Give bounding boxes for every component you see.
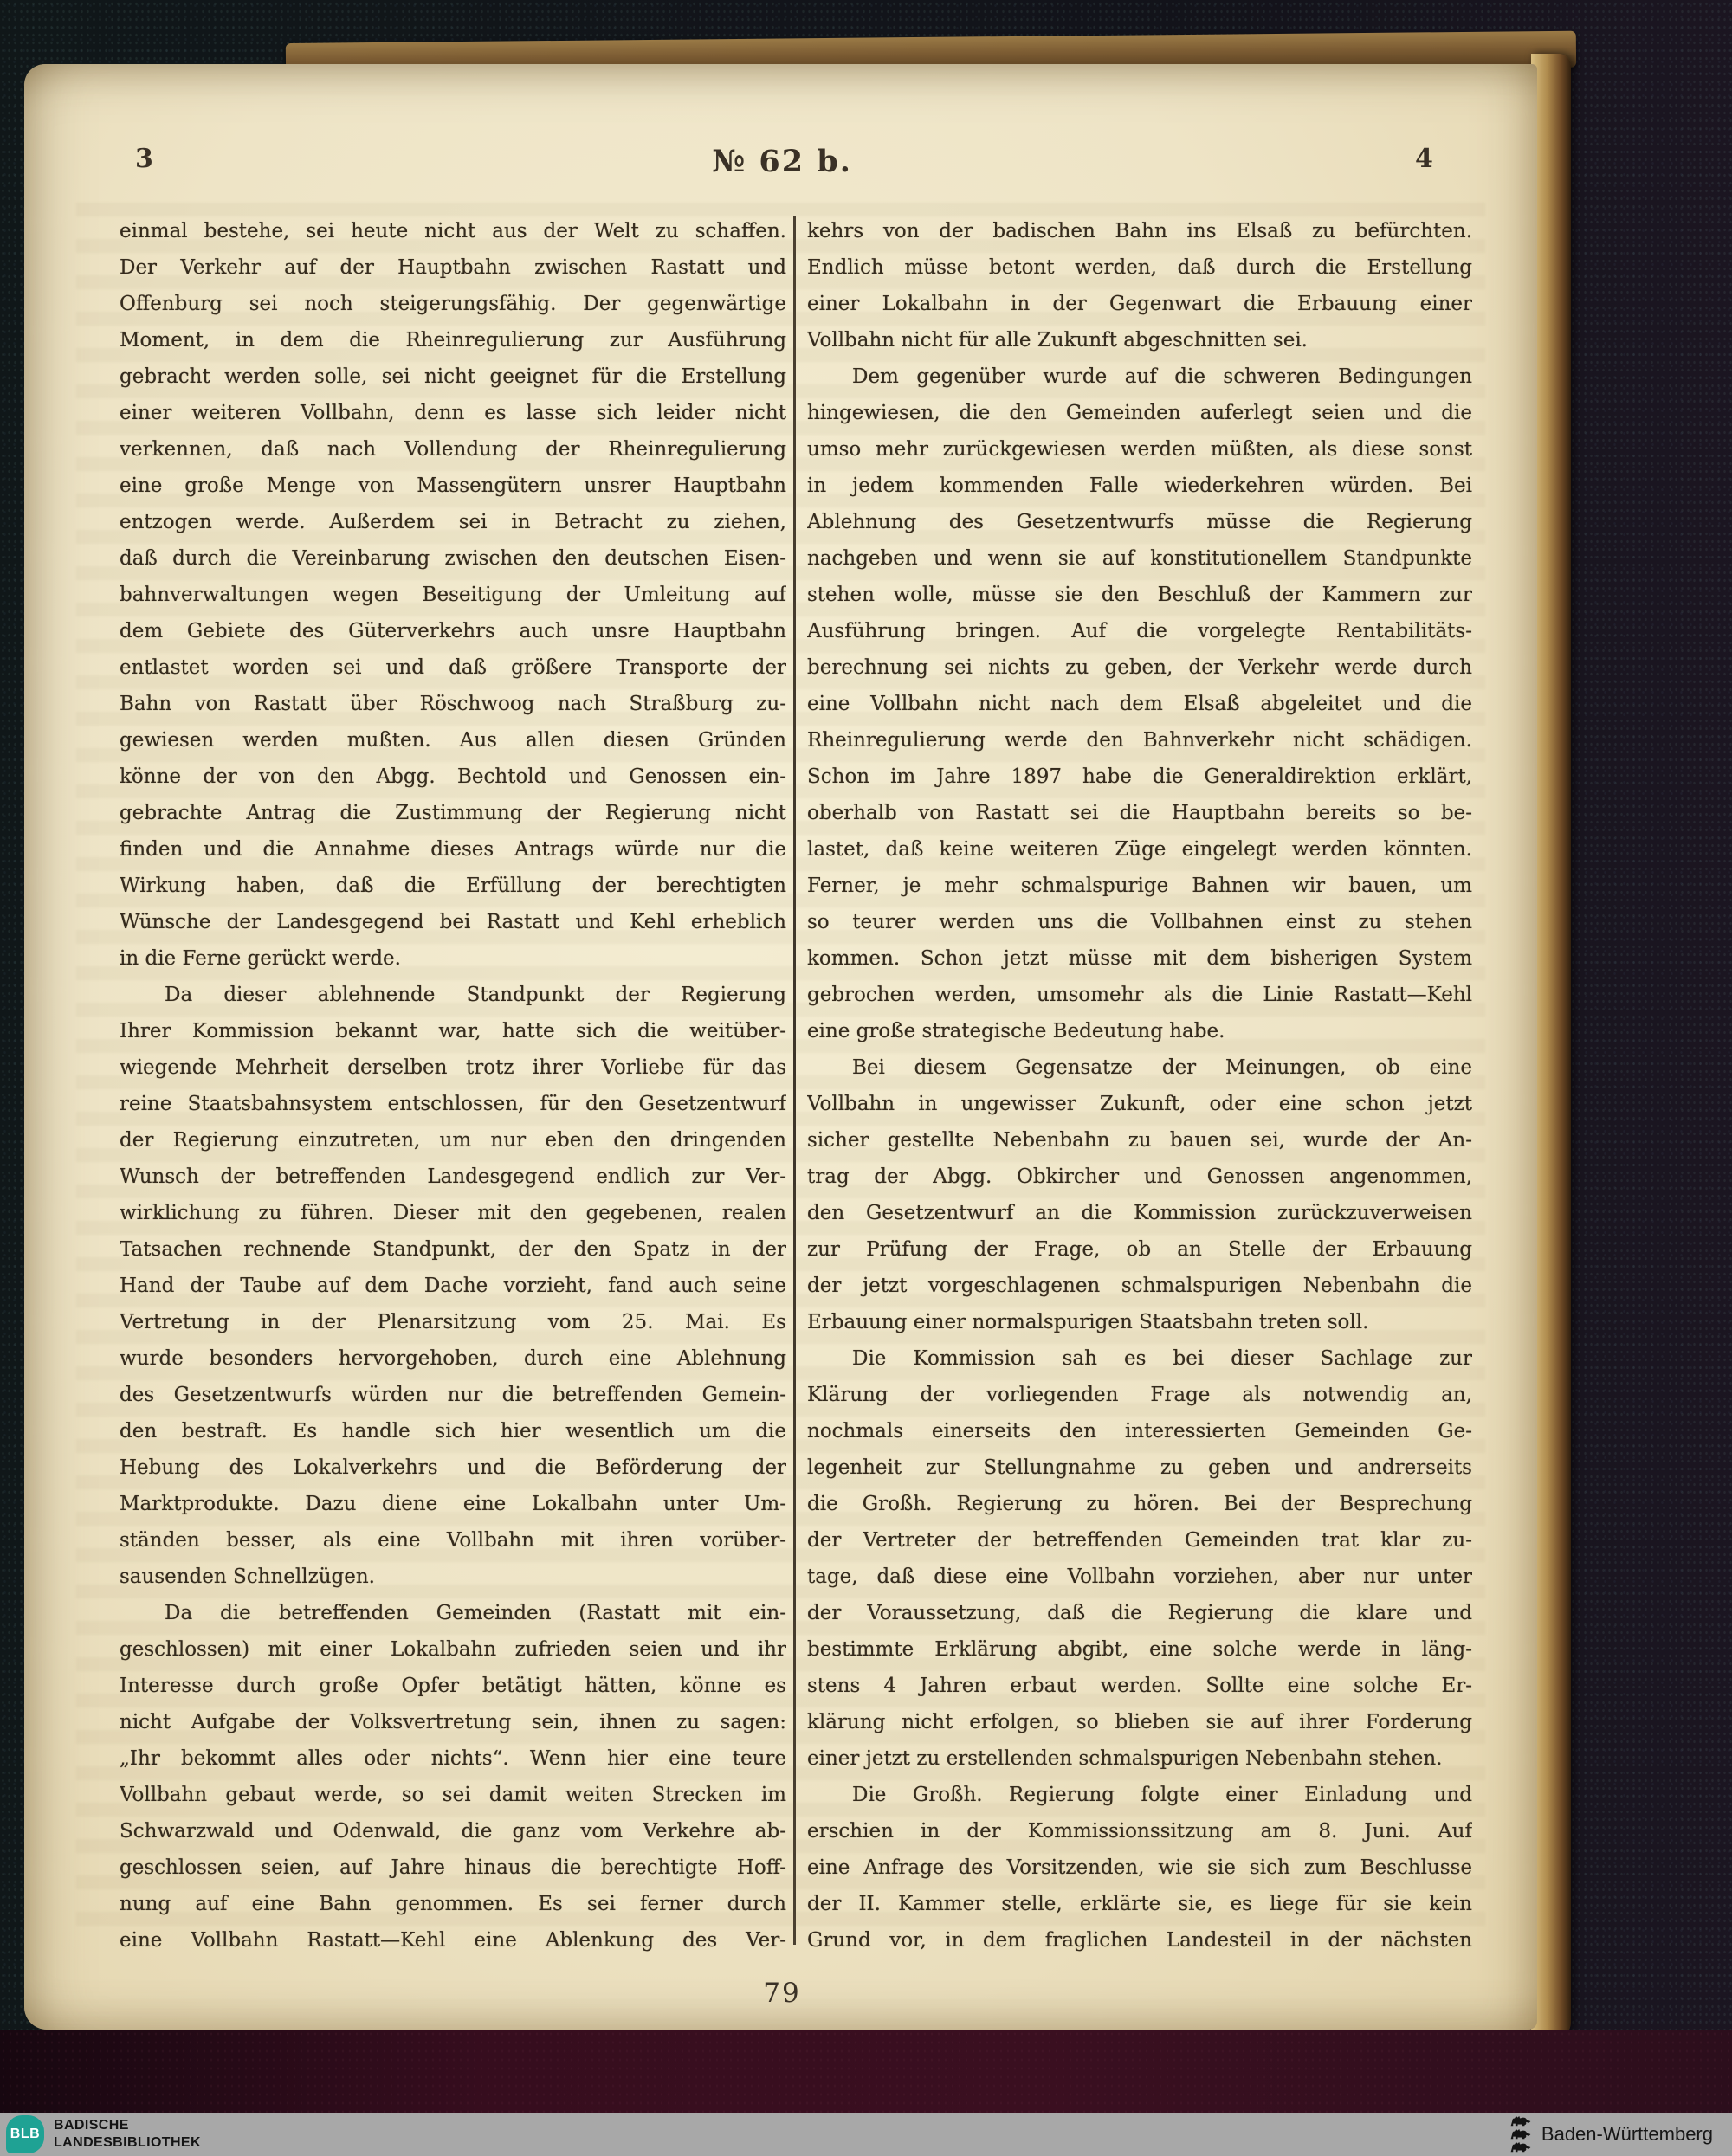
book-cover-bottom-strip bbox=[0, 2030, 1732, 2113]
page-header: 3 № 62 b. 4 bbox=[24, 144, 1537, 184]
text-line: stens 4 Jahren erbaut werden. Sollte ein… bbox=[807, 1668, 1472, 1704]
text-line: gebracht werden solle, sei nicht geeigne… bbox=[120, 358, 786, 395]
text-line: Endlich müsse betont werden, daß durch d… bbox=[807, 249, 1472, 286]
text-line: kommen. Schon jetzt müsse mit dem bisher… bbox=[807, 940, 1472, 977]
text-line: verkennen, daß nach Vollendung der Rhein… bbox=[120, 431, 786, 468]
text-line: eine große strategische Bedeutung habe. bbox=[807, 1013, 1472, 1049]
text-line: sicher gestellte Nebenbahn zu bauen sei,… bbox=[807, 1122, 1472, 1159]
text-line: bestimmte Erklärung abgibt, eine solche … bbox=[807, 1631, 1472, 1668]
text-line: Offenburg sei noch steigerungsfähig. Der… bbox=[120, 286, 786, 322]
text-line: tage, daß diese eine Vollbahn vorziehen,… bbox=[807, 1559, 1472, 1595]
text-line: wurde besonders hervorgehoben, durch ein… bbox=[120, 1340, 786, 1377]
text-line: gebrochen werden, umsomehr als die Linie… bbox=[807, 977, 1472, 1013]
text-line: Bahn von Rastatt über Röschwoog nach Str… bbox=[120, 686, 786, 722]
text-line: legenheit zur Stellungnahme zu geben und… bbox=[807, 1449, 1472, 1486]
text-line: Schon im Jahre 1897 habe die Generaldire… bbox=[807, 758, 1472, 795]
text-line: Schwarzwald und Odenwald, die ganz vom V… bbox=[120, 1813, 786, 1849]
text-line: Klärung der vorliegenden Frage als notwe… bbox=[807, 1377, 1472, 1413]
text-line: die Großh. Regierung zu hören. Bei der B… bbox=[807, 1486, 1472, 1522]
text-line: so teurer werden uns die Vollbahnen eins… bbox=[807, 904, 1472, 940]
text-line: eine große Menge von Massengütern unsrer… bbox=[120, 468, 786, 504]
blb-logo-icon: BLB bbox=[6, 2115, 44, 2153]
text-column-left: einmal bestehe, sei heute nicht aus der … bbox=[120, 213, 786, 1959]
text-line: in die Ferne gerückt werde. bbox=[120, 940, 786, 977]
issue-number: № 62 b. bbox=[24, 144, 1540, 179]
text-line: Hand der Taube auf dem Dache vorzieht, f… bbox=[120, 1268, 786, 1304]
text-line: Moment, in dem die Rheinregulierung zur … bbox=[120, 322, 786, 358]
text-line: Die Großh. Regierung folgte einer Einlad… bbox=[807, 1777, 1472, 1813]
baden-wuerttemberg-coat-of-arms-icon bbox=[1509, 2115, 1533, 2153]
column-divider-rule bbox=[793, 216, 796, 1945]
text-line: entzogen werde. Außerdem sei in Betracht… bbox=[120, 504, 786, 540]
text-line: Da die betreffenden Gemeinden (Rastatt m… bbox=[120, 1595, 786, 1631]
column-page-number-right: 4 bbox=[1415, 144, 1433, 174]
text-line: gewiesen werden mußten. Aus allen diesen… bbox=[120, 722, 786, 758]
text-line: oberhalb von Rastatt sei die Hauptbahn b… bbox=[807, 795, 1472, 831]
text-line: der Voraussetzung, daß die Regierung die… bbox=[807, 1595, 1472, 1631]
text-line: nochmals einerseits den interessierten G… bbox=[807, 1413, 1472, 1449]
library-name: BADISCHE LANDESBIBLIOTHEK bbox=[54, 2117, 201, 2152]
text-line: in jedem kommenden Falle wiederkehren wü… bbox=[807, 468, 1472, 504]
library-footer-bar: BLB BADISCHE LANDESBIBLIOTHEK Baden-Würt… bbox=[0, 2113, 1732, 2156]
text-line: reine Staatsbahnsystem entschlossen, für… bbox=[120, 1086, 786, 1122]
text-line: Grund vor, in dem fraglichen Landesteil … bbox=[807, 1922, 1472, 1959]
text-line: Hebung des Lokalverkehrs und die Beförde… bbox=[120, 1449, 786, 1486]
text-line: daß durch die Vereinbarung zwischen den … bbox=[120, 540, 786, 577]
text-line: Rheinregulierung werde den Bahnverkehr n… bbox=[807, 722, 1472, 758]
text-line: der Vertreter der betreffenden Gemeinden… bbox=[807, 1522, 1472, 1559]
text-line: entlastet worden sei und daß größere Tra… bbox=[120, 649, 786, 686]
text-line: Interesse durch große Opfer betätigt hät… bbox=[120, 1668, 786, 1704]
text-line: wirklichung zu führen. Dieser mit den ge… bbox=[120, 1195, 786, 1231]
text-line: geschlossen seien, auf Jahre hinaus die … bbox=[120, 1849, 786, 1886]
text-line: Vollbahn nicht für alle Zukunft abgeschn… bbox=[807, 322, 1472, 358]
text-line: der II. Kammer stelle, erklärte sie, es … bbox=[807, 1886, 1472, 1922]
text-line: Ausführung bringen. Auf die vorgelegte R… bbox=[807, 613, 1472, 649]
text-line: bahnverwaltungen wegen Beseitigung der U… bbox=[120, 577, 786, 613]
text-column-right: kehrs von der badischen Bahn ins Elsaß z… bbox=[807, 213, 1472, 1959]
text-line: erschien in der Kommissionssitzung am 8.… bbox=[807, 1813, 1472, 1849]
text-line: eine Vollbahn nicht nach dem Elsaß abgel… bbox=[807, 686, 1472, 722]
text-line: Da dieser ablehnende Standpunkt der Regi… bbox=[120, 977, 786, 1013]
text-line: einer weiteren Vollbahn, denn es lasse s… bbox=[120, 395, 786, 431]
text-line: könne der von den Abgg. Bechtold und Gen… bbox=[120, 758, 786, 795]
text-line: dem Gebiete des Güterverkehrs auch unsre… bbox=[120, 613, 786, 649]
text-line: wiegende Mehrheit derselben trotz ihrer … bbox=[120, 1049, 786, 1086]
text-line: einmal bestehe, sei heute nicht aus der … bbox=[120, 213, 786, 249]
blb-logo-text: BLB bbox=[10, 2127, 40, 2142]
text-line: finden und die Annahme dieses Antrags wü… bbox=[120, 831, 786, 868]
text-line: trag der Abgg. Obkircher und Genossen an… bbox=[807, 1159, 1472, 1195]
text-line: berechnung sei nichts zu geben, der Verk… bbox=[807, 649, 1472, 686]
text-line: den bestraft. Es handle sich hier wesent… bbox=[120, 1413, 786, 1449]
text-line: Tatsachen rechnende Standpunkt, der den … bbox=[120, 1231, 786, 1268]
text-line: Ablehnung des Gesetzentwurfs müsse die R… bbox=[807, 504, 1472, 540]
library-name-line2: LANDESBIBLIOTHEK bbox=[54, 2134, 201, 2152]
text-line: Vollbahn in ungewisser Zukunft, oder ein… bbox=[807, 1086, 1472, 1122]
text-line: des Gesetzentwurfs würden nur die betref… bbox=[120, 1377, 786, 1413]
document-page: 3 № 62 b. 4 einmal bestehe, sei heute ni… bbox=[24, 64, 1537, 2030]
text-line: zur Prüfung der Frage, ob an Stelle der … bbox=[807, 1231, 1472, 1268]
text-line: Bei diesem Gegensatze der Meinungen, ob … bbox=[807, 1049, 1472, 1086]
text-line: Wirkung haben, daß die Erfüllung der ber… bbox=[120, 868, 786, 904]
text-line: Vollbahn gebaut werde, so sei damit weit… bbox=[120, 1777, 786, 1813]
text-line: umso mehr zurückgewiesen werden müßten, … bbox=[807, 431, 1472, 468]
state-name: Baden-Württemberg bbox=[1541, 2123, 1713, 2146]
text-line: Ihrer Kommission bekannt war, hatte sich… bbox=[120, 1013, 786, 1049]
text-line: hingewiesen, die den Gemeinden auferlegt… bbox=[807, 395, 1472, 431]
text-line: Ferner, je mehr schmalspurige Bahnen wir… bbox=[807, 868, 1472, 904]
page-number: 79 bbox=[24, 1978, 1540, 2009]
text-line: eine Anfrage des Vorsitzenden, wie sie s… bbox=[807, 1849, 1472, 1886]
text-line: den Gesetzentwurf an die Kommission zurü… bbox=[807, 1195, 1472, 1231]
baden-wuerttemberg-logo: Baden-Württemberg bbox=[1509, 2113, 1713, 2156]
text-line: Vertretung in der Plenarsitzung vom 25. … bbox=[120, 1304, 786, 1340]
text-line: nachgeben und wenn sie auf konstitutione… bbox=[807, 540, 1472, 577]
text-line: Marktprodukte. Dazu diene eine Lokalbahn… bbox=[120, 1486, 786, 1522]
text-line: Erbauung einer normalspurigen Staatsbahn… bbox=[807, 1304, 1472, 1340]
text-line: stehen wolle, müsse sie den Beschluß der… bbox=[807, 577, 1472, 613]
text-line: sausenden Schnellzügen. bbox=[120, 1559, 786, 1595]
text-line: kehrs von der badischen Bahn ins Elsaß z… bbox=[807, 213, 1472, 249]
text-line: Wünsche der Landesgegend bei Rastatt und… bbox=[120, 904, 786, 940]
text-line: geschlossen) mit einer Lokalbahn zufried… bbox=[120, 1631, 786, 1668]
text-line: nicht Aufgabe der Volksvertretung sein, … bbox=[120, 1704, 786, 1740]
text-line: Die Kommission sah es bei dieser Sachlag… bbox=[807, 1340, 1472, 1377]
text-line: nung auf eine Bahn genommen. Es sei fern… bbox=[120, 1886, 786, 1922]
scanned-book-page-photo: 3 № 62 b. 4 einmal bestehe, sei heute ni… bbox=[0, 0, 1732, 2156]
text-line: einer jetzt zu erstellenden schmalspurig… bbox=[807, 1740, 1472, 1777]
text-line: eine Vollbahn Rastatt—Kehl eine Ablenkun… bbox=[120, 1922, 786, 1959]
text-line: Dem gegenüber wurde auf die schweren Bed… bbox=[807, 358, 1472, 395]
text-line: einer Lokalbahn in der Gegenwart die Erb… bbox=[807, 286, 1472, 322]
text-line: der Regierung einzutreten, um nur eben d… bbox=[120, 1122, 786, 1159]
text-line: klärung nicht erfolgen, so blieben sie a… bbox=[807, 1704, 1472, 1740]
text-line: gebrachte Antrag die Zustimmung der Regi… bbox=[120, 795, 786, 831]
text-line: „Ihr bekommt alles oder nichts“. Wenn hi… bbox=[120, 1740, 786, 1777]
library-name-line1: BADISCHE bbox=[54, 2117, 201, 2134]
text-line: lastet, daß keine weiteren Züge eingeleg… bbox=[807, 831, 1472, 868]
text-line: Der Verkehr auf der Hauptbahn zwischen R… bbox=[120, 249, 786, 286]
text-line: Wunsch der betreffenden Landesgegend end… bbox=[120, 1159, 786, 1195]
text-line: ständen besser, als eine Vollbahn mit ih… bbox=[120, 1522, 786, 1559]
text-line: der jetzt vorgeschlagenen schmalspurigen… bbox=[807, 1268, 1472, 1304]
